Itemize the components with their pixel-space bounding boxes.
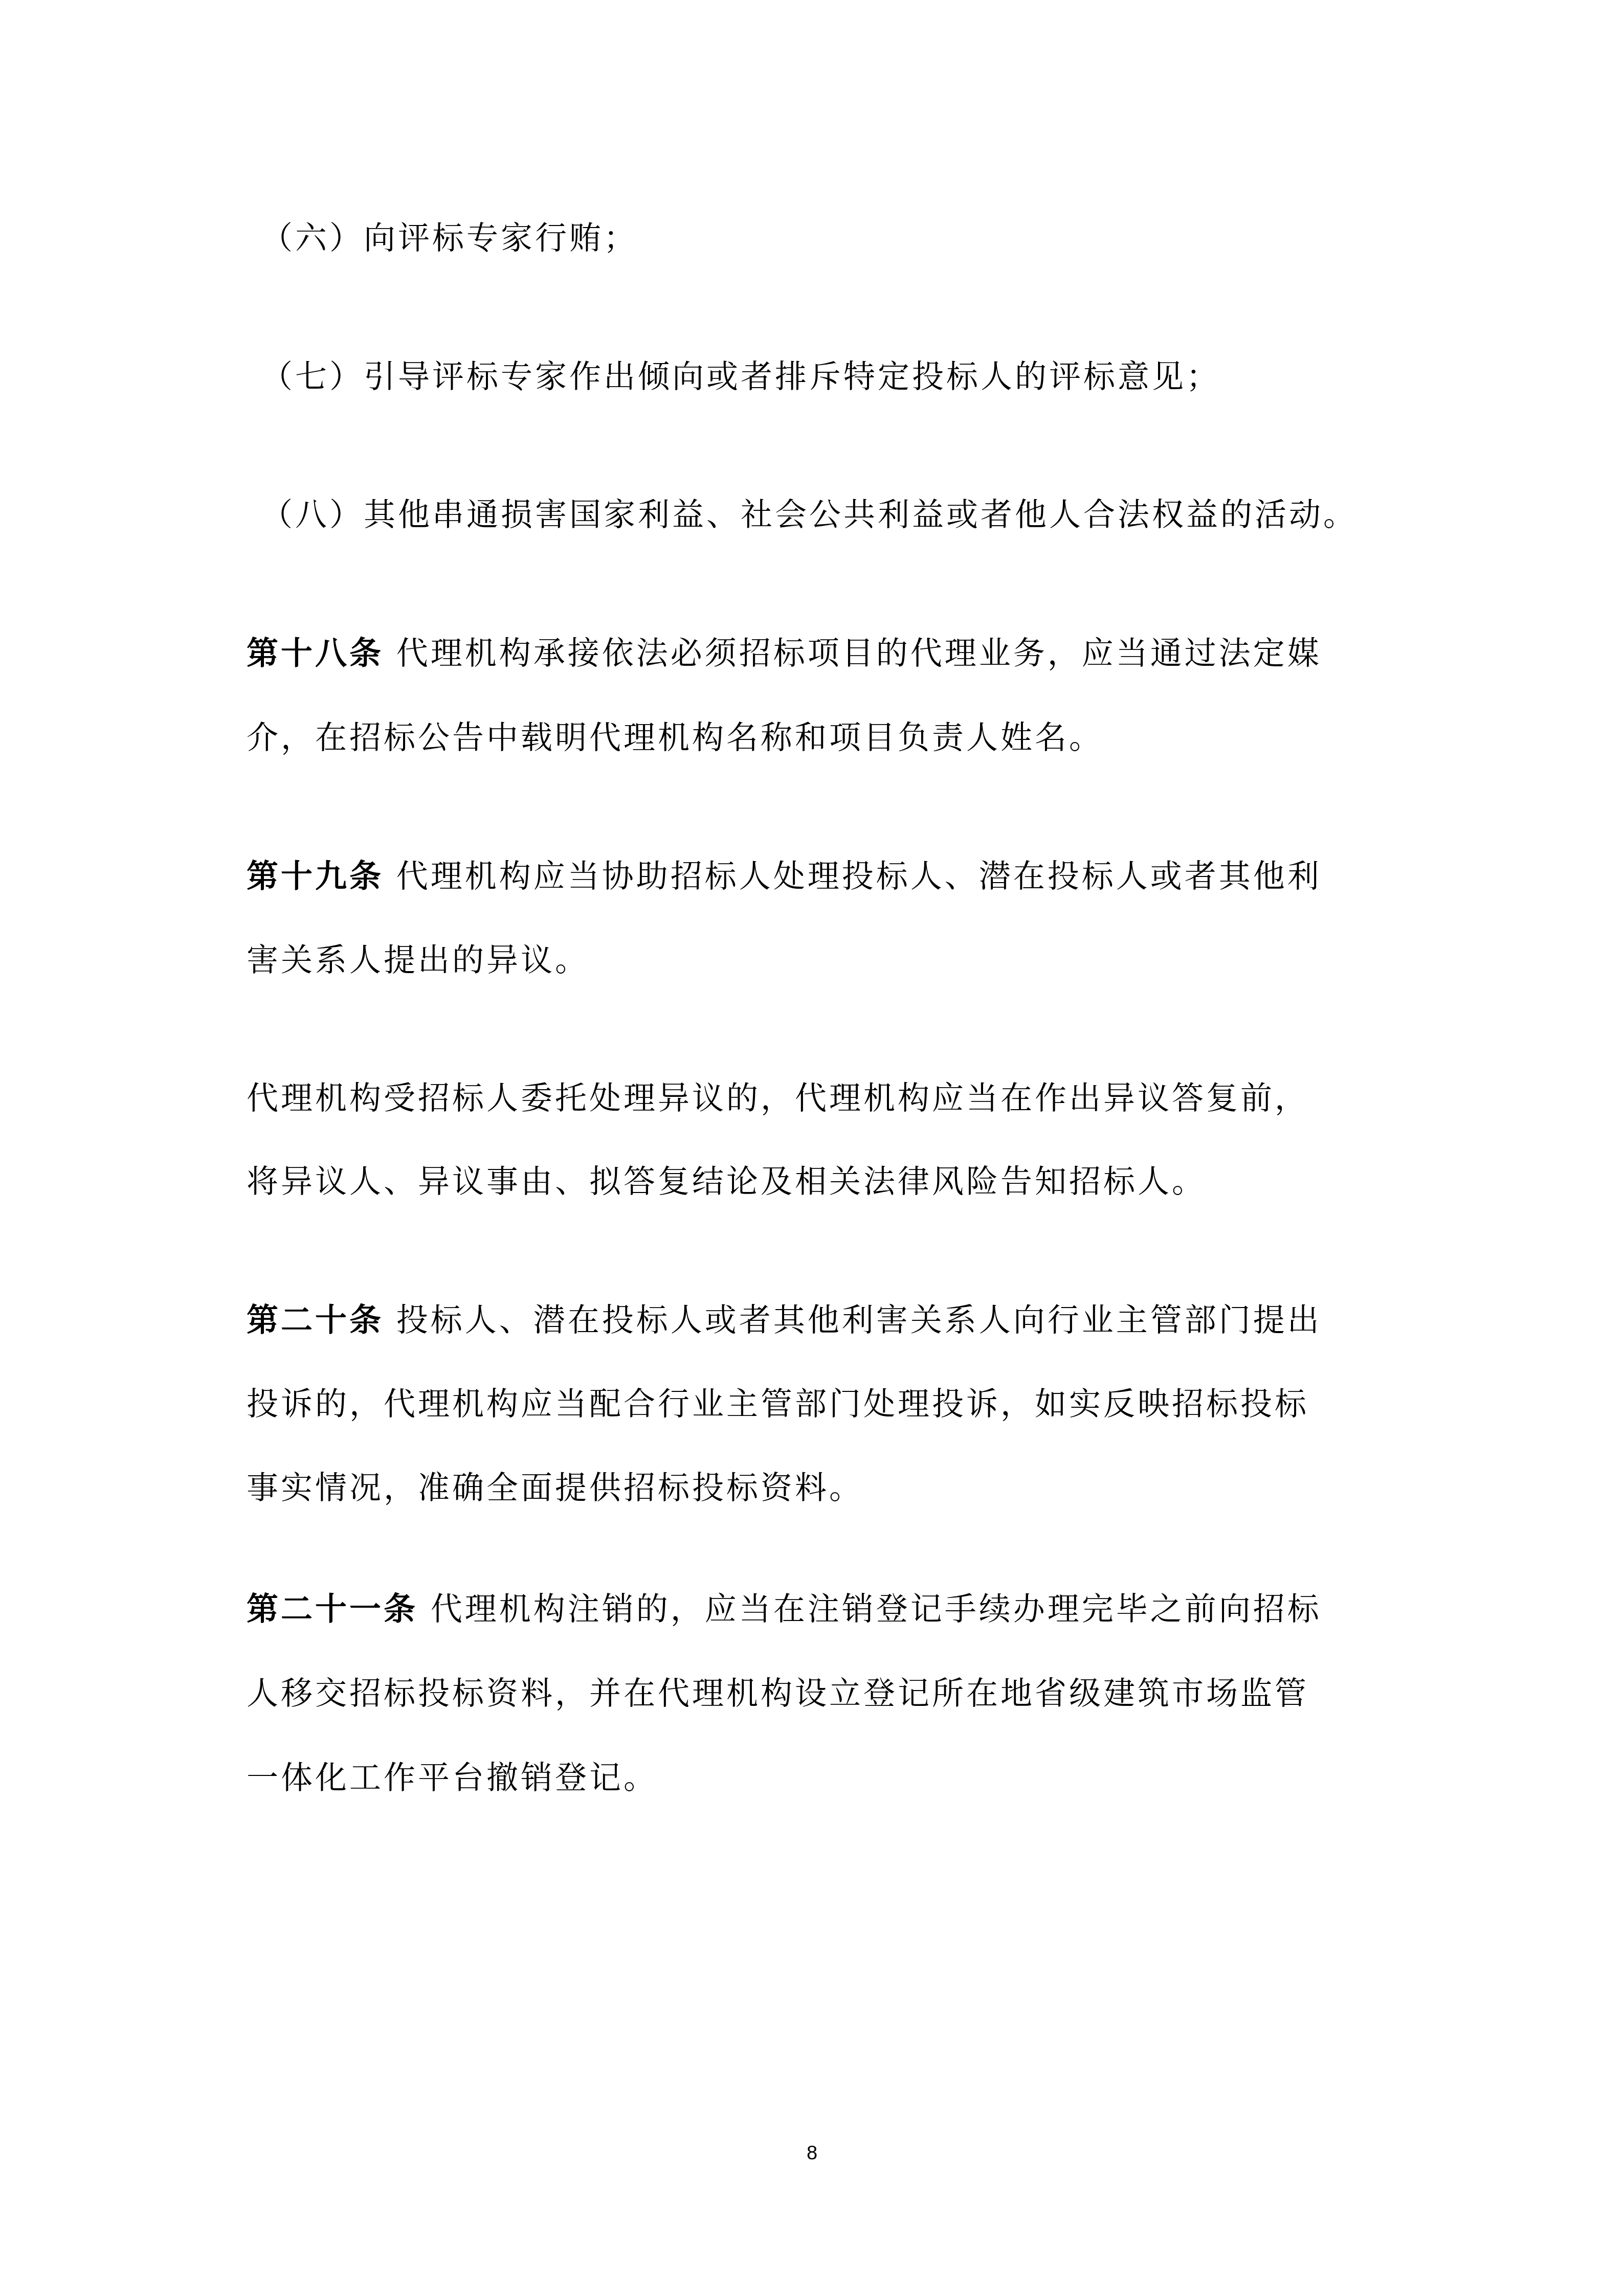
paragraph-objection-line-2: 将异议人、异议事由、拟答复结论及相关法律风险告知招标人。	[247, 1161, 1206, 1202]
article-20-line-2: 投诉的，代理机构应当配合行业主管部门处理投诉，如实反映招标投标	[247, 1384, 1309, 1425]
article-18-heading: 第十八条	[247, 635, 384, 672]
list-item-8: （八）其他串通损害国家利益、社会公共利益或者他人合法权益的活动。	[261, 494, 1358, 535]
article-20-heading: 第二十条	[247, 1301, 384, 1339]
article-19-line-2: 害关系人提出的异议。	[247, 940, 589, 981]
document-page: （六）向评标专家行贿； （七）引导评标专家作出倾向或者排斥特定投标人的评标意见；…	[0, 0, 1624, 2296]
article-19-line-1: 第十九条 代理机构应当协助招标人处理投标人、潜在投标人或者其他利	[247, 856, 1322, 897]
article-21-line-3: 一体化工作平台撤销登记。	[247, 1758, 658, 1798]
list-item-6: （六）向评标专家行贿；	[261, 218, 638, 259]
paragraph-objection-line-1: 代理机构受招标人委托处理异议的，代理机构应当在作出异议答复前，	[247, 1078, 1309, 1119]
article-18-line-2: 介，在招标公告中载明代理机构名称和项目负责人姓名。	[247, 717, 1103, 758]
article-20-line-1: 第二十条 投标人、潜在投标人或者其他利害关系人向行业主管部门提出	[247, 1300, 1322, 1341]
page-number: 8	[0, 2143, 1624, 2165]
article-19-heading: 第十九条	[247, 858, 384, 895]
article-21-heading: 第二十一条	[247, 1590, 418, 1628]
article-20-line-3: 事实情况，准确全面提供招标投标资料。	[247, 1468, 863, 1509]
article-21-line-2: 人移交招标投标资料，并在代理机构设立登记所在地省级建筑市场监管	[247, 1673, 1309, 1714]
list-item-7: （七）引导评标专家作出倾向或者排斥特定投标人的评标意见；	[261, 356, 1220, 397]
article-18-line-1: 第十八条 代理机构承接依法必须招标项目的代理业务，应当通过法定媒	[247, 633, 1322, 674]
article-21-line-1: 第二十一条 代理机构注销的，应当在注销登记手续办理完毕之前向招标	[247, 1589, 1322, 1630]
